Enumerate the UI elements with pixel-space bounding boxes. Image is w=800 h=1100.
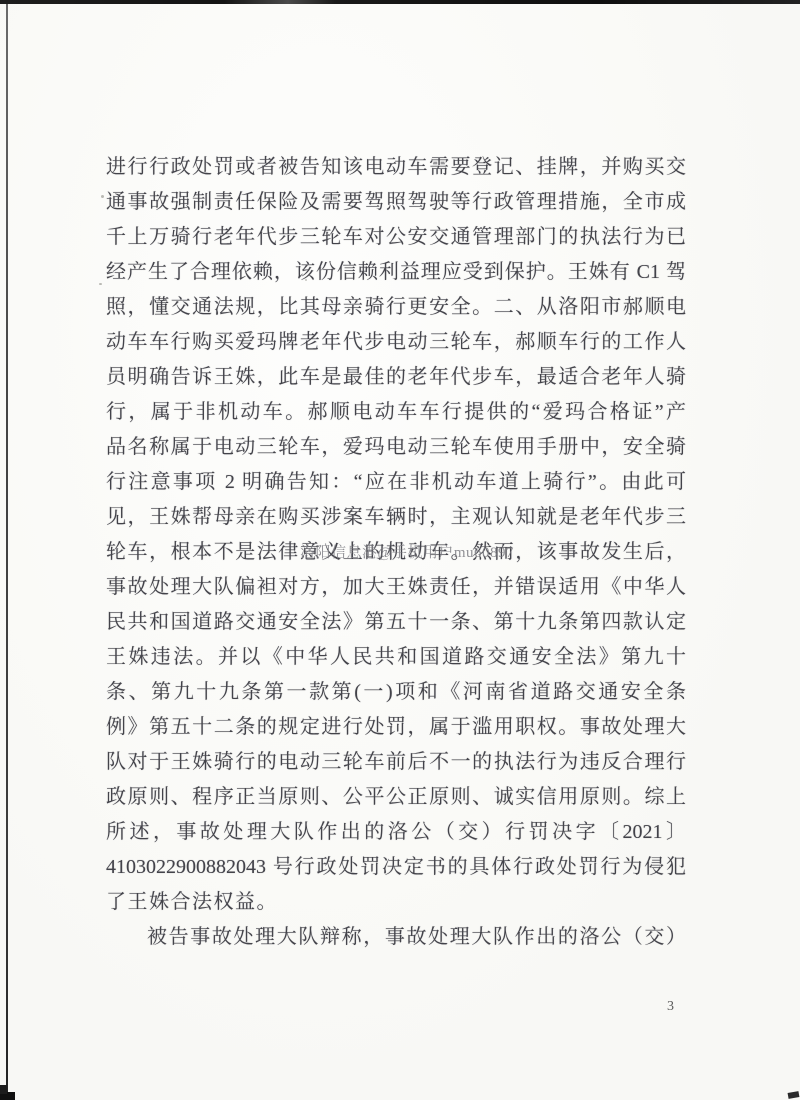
text-line: 条、第九十九条第一款第(一)项和《河南省道路交通安全条 [106,675,686,710]
watermark-text: 洛阳信息港@手机用户mu60897 [300,541,514,562]
text-line: 品名称属于电动三轮车，爱玛电动三轮车使用手册中，安全骑 [106,430,686,465]
text-line: 例》第五十二条的规定进行处罚，属于滥用职权。事故处理大 [106,710,686,745]
text-line: 行，属于非机动车。郝顺电动车车行提供的“爱玛合格证”产 [106,395,686,430]
text-line: 所述，事故处理大队作出的洛公（交）行罚决字〔2021〕 [106,815,686,850]
text-line: 进行行政处罚或者被告知该电动车需要登记、挂牌，并购买交 [106,150,686,185]
text-line: 王姝违法。并以《中华人民共和国道路交通安全法》第九十 [106,640,686,675]
text-line: 照，懂交通法规，比其母亲骑行更安全。二、从洛阳市郝顺电 [106,290,686,325]
scan-speck [305,279,307,281]
scan-speck [99,283,102,285]
text-line: 民共和国道路交通安全法》第五十一条、第十九条第四款认定 [106,605,686,640]
page-number: 3 [667,999,674,1015]
scan-edge-top-line [0,0,800,4]
text-line: 政原则、程序正当原则、公平公正原则、诚实信用原则。综上 [106,780,686,815]
scan-corner-mark-bottom-right [788,1091,800,1099]
text-line: 见，王姝帮母亲在购买涉案车辆时，主观认知就是老年代步三 [106,500,686,535]
scan-corner-mark-bottom-left [0,1085,7,1094]
text-line: 员明确告诉王姝，此车是最佳的老年代步车，最适合老年人骑 [106,360,686,395]
text-line: 经产生了合理依赖，该份信赖利益理应受到保护。王姝有 C1 驾 [106,255,686,290]
text-line: 通事故强制责任保险及需要驾照驾驶等行政管理措施，全市成 [106,185,686,220]
text-line: 4103022900882043 号行政处罚决定书的具体行政处罚行为侵犯 [106,850,686,885]
scan-edge-left-line [6,4,8,1100]
text-line: 事故处理大队偏袒对方，加大王姝责任，并错误适用《中华人 [106,570,686,605]
scan-speck [101,195,104,198]
text-line: 了王姝合法权益。 [106,885,686,920]
text-line: 行注意事项 2 明确告知：“应在非机动车道上骑行”。由此可 [106,465,686,500]
text-line: 被告事故处理大队辩称，事故处理大队作出的洛公（交） [106,920,686,955]
text-line: 队对于王姝骑行的电动三轮车前后不一的执法行为违反合理行 [106,745,686,780]
text-line: 千上万骑行老年代步三轮车对公安交通管理部门的执法行为已 [106,220,686,255]
document-page: 进行行政处罚或者被告知该电动车需要登记、挂牌，并购买交通事故强制责任保险及需要驾… [0,0,800,1100]
text-line: 动车车行购买爱玛牌老年代步电动三轮车，郝顺车行的工作人 [106,325,686,360]
